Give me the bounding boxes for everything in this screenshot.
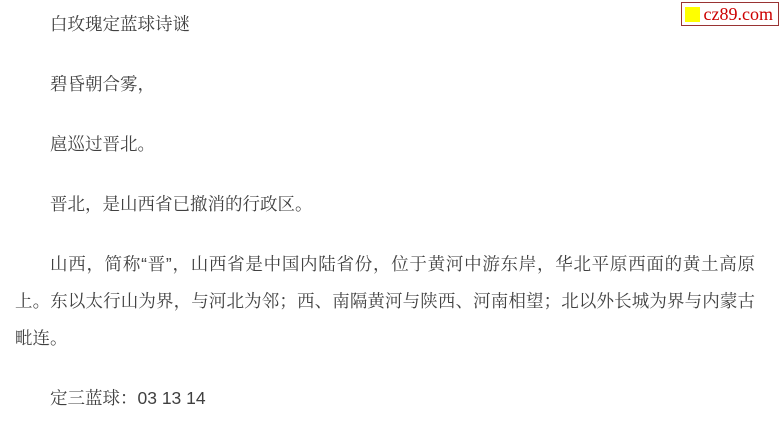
poem-note: 晋北，是山西省已撤消的行政区。 [15, 186, 755, 223]
poem-line-2: 扈巡过晋北。 [15, 126, 755, 163]
blue-ball-prediction: 定三蓝球：03 13 14 [15, 380, 755, 417]
shanxi-description: 山西，简称“晋”，山西省是中国内陆省份，位于黄河中游东岸，华北平原西面的黄土高原… [15, 246, 755, 357]
cz89-logo-text: cz89.com [704, 5, 773, 23]
article-content: 白玫瑰定蓝球诗谜 碧昏朝合雾， 扈巡过晋北。 晋北，是山西省已撤消的行政区。 山… [0, 0, 783, 417]
cz89-logo[interactable]: cz89.com [681, 2, 779, 26]
poem-line-1: 碧昏朝合雾， [15, 66, 755, 103]
poem-title: 白玫瑰定蓝球诗谜 [15, 6, 755, 43]
yellow-square-icon [685, 7, 700, 22]
